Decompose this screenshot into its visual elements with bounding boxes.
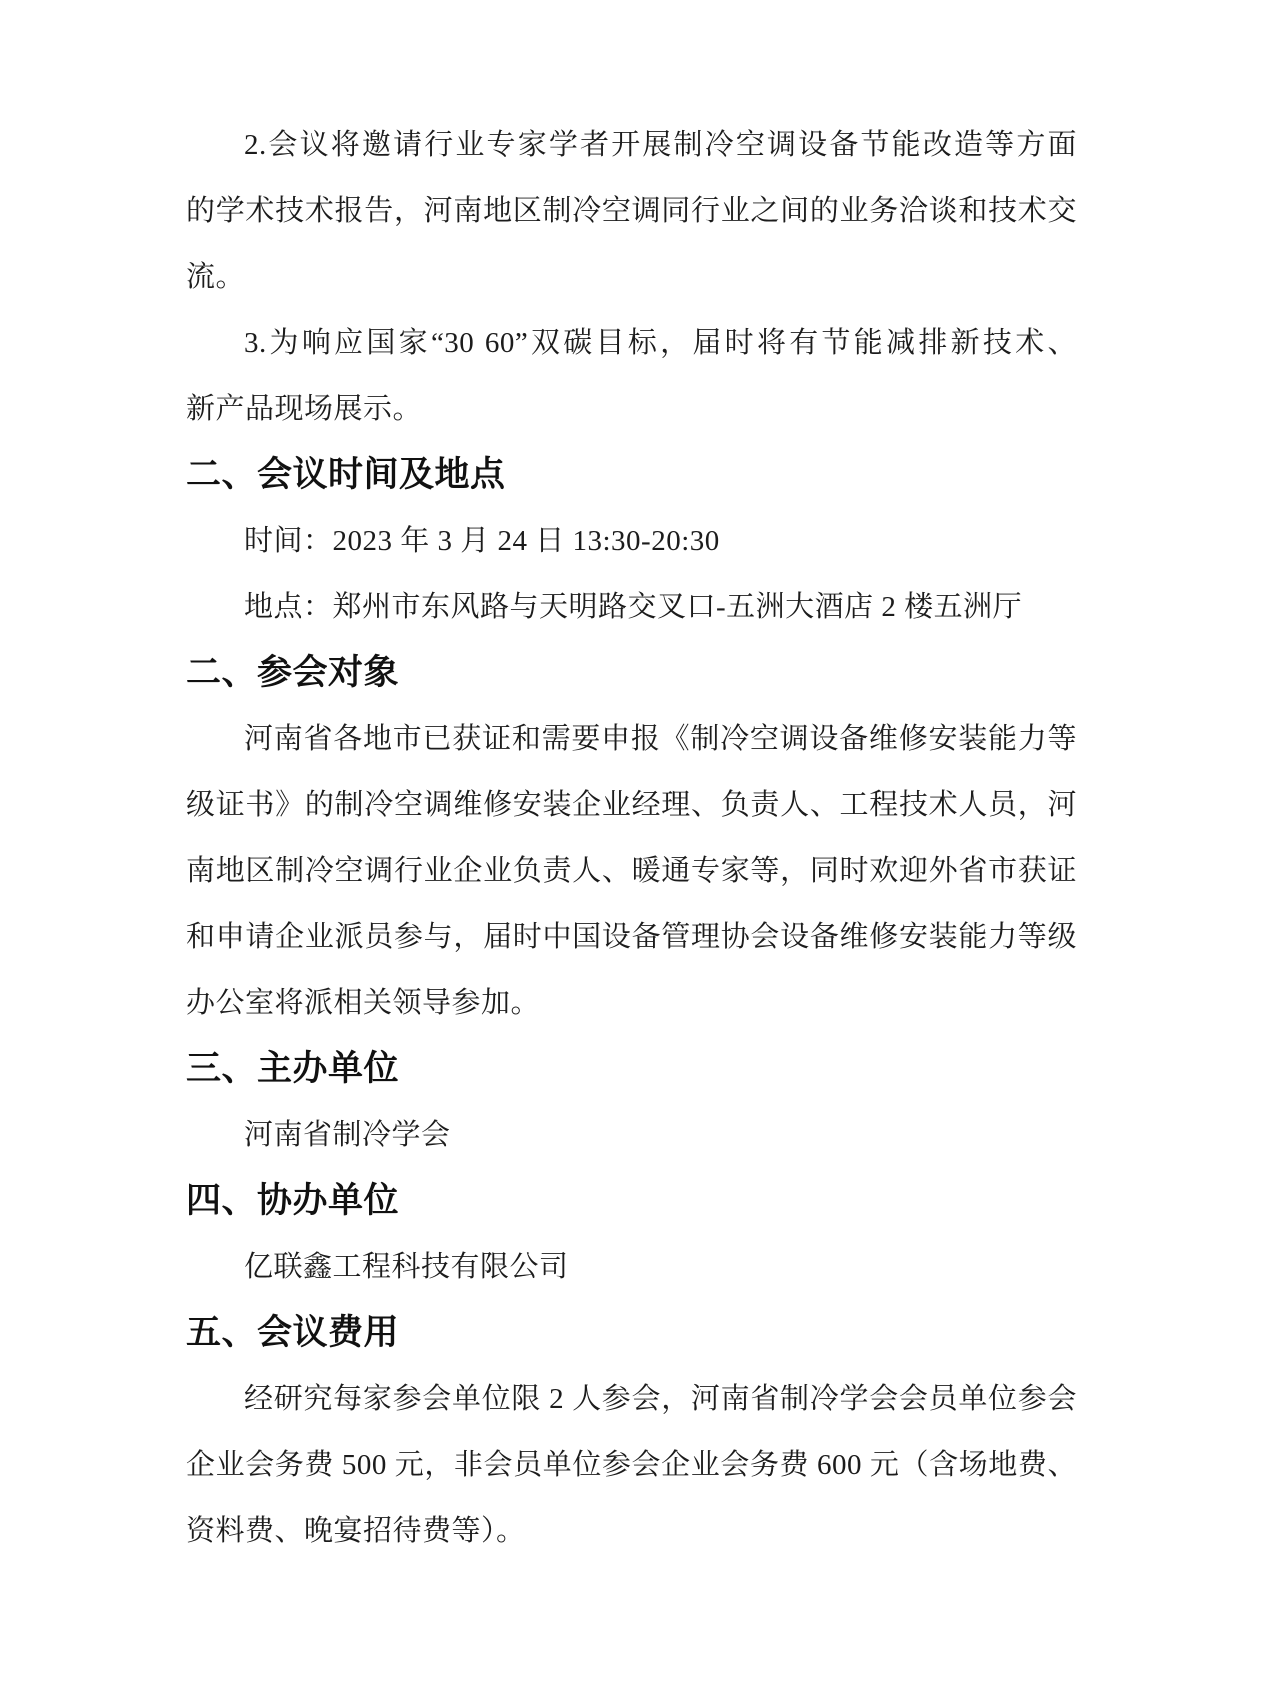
section-heading-fees: 五、会议费用 <box>186 1300 1077 1366</box>
paragraph-line: 3.为响应国家“30 60”双碳目标，届时将有节能减排新技术、 <box>186 310 1077 376</box>
paragraph-line: 企业会务费 500 元，非会员单位参会企业会务费 600 元（含场地费、 <box>186 1432 1077 1498</box>
section-heading-host: 三、主办单位 <box>186 1036 1077 1102</box>
co-organizer-line: 亿联鑫工程科技有限公司 <box>186 1234 1077 1300</box>
section-heading-time-place: 二、会议时间及地点 <box>186 442 1077 508</box>
paragraph-line: 2.会议将邀请行业专家学者开展制冷空调设备节能改造等方面 <box>186 112 1077 178</box>
meeting-place-line: 地点：郑州市东风路与天明路交叉口-五洲大酒店 2 楼五洲厅 <box>186 574 1077 640</box>
paragraph-line: 河南省各地市已获证和需要申报《制冷空调设备维修安装能力等 <box>186 706 1077 772</box>
paragraph-line: 经研究每家参会单位限 2 人参会，河南省制冷学会会员单位参会 <box>186 1366 1077 1432</box>
document-body: 2.会议将邀请行业专家学者开展制冷空调设备节能改造等方面 的学术技术报告，河南地… <box>186 112 1077 1564</box>
document-page: 2.会议将邀请行业专家学者开展制冷空调设备节能改造等方面 的学术技术报告，河南地… <box>0 0 1267 1683</box>
paragraph-line: 和申请企业派员参与，届时中国设备管理协会设备维修安装能力等级 <box>186 904 1077 970</box>
paragraph-line: 新产品现场展示。 <box>186 376 1077 442</box>
paragraph-line: 资料费、晚宴招待费等）。 <box>186 1498 1077 1564</box>
paragraph-line: 办公室将派相关领导参加。 <box>186 970 1077 1036</box>
paragraph-line: 南地区制冷空调行业企业负责人、暖通专家等，同时欢迎外省市获证 <box>186 838 1077 904</box>
paragraph-line: 的学术技术报告，河南地区制冷空调同行业之间的业务洽谈和技术交 <box>186 178 1077 244</box>
host-org-line: 河南省制冷学会 <box>186 1102 1077 1168</box>
section-heading-co-organizer: 四、协办单位 <box>186 1168 1077 1234</box>
section-heading-attendees: 二、参会对象 <box>186 640 1077 706</box>
paragraph-line: 级证书》的制冷空调维修安装企业经理、负责人、工程技术人员，河 <box>186 772 1077 838</box>
paragraph-line: 流。 <box>186 244 1077 310</box>
meeting-time-line: 时间：2023 年 3 月 24 日 13:30-20:30 <box>186 508 1077 574</box>
